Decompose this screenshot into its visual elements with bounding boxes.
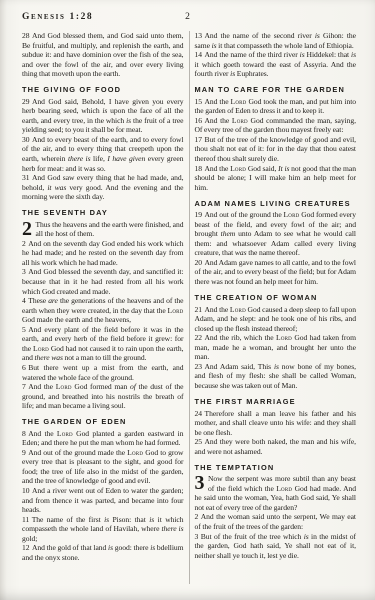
section-heading: THE TEMPTATION	[195, 463, 357, 472]
verse-number: 5	[22, 325, 26, 334]
verse-number: 30	[22, 135, 30, 144]
verse-17: 17But of the tree of the knowledge of go…	[195, 135, 357, 164]
verse-4: 4These are the generations of the heaven…	[22, 296, 184, 325]
verse-number: 23	[195, 362, 203, 371]
verse-11: 11The name of the first is Pison: that i…	[22, 515, 184, 544]
verse-number: 2	[22, 239, 26, 248]
verse-19: 19And out of the ground the Lord God for…	[195, 210, 357, 258]
verse-number: 3	[22, 267, 26, 276]
verse-number: 31	[22, 173, 30, 182]
verse-3: 3But of the fruit of the tree which is i…	[195, 532, 357, 561]
verse-number: 21	[195, 305, 203, 314]
verse-29: 29And God said, Behold, I have given you…	[22, 97, 184, 135]
running-head: Genesis 1:28 2	[0, 12, 375, 26]
verse-10: 10And a river went out of Eden to water …	[22, 486, 184, 515]
bible-page: Genesis 1:28 2 28And God blessed them, a…	[0, 0, 375, 600]
verse-2: 2And on the seventh day God ended his wo…	[22, 239, 184, 268]
verse-number: 7	[22, 382, 26, 391]
chapter-3-opening: 3Now the serpent was more subtil than an…	[195, 474, 357, 512]
column-divider-rule	[189, 31, 190, 584]
verse-number: 19	[195, 210, 203, 219]
verse-number: 18	[195, 164, 203, 173]
section-heading: MAN TO CARE FOR THE GARDEN	[195, 85, 357, 94]
chapter-2-opening: 2Thus the heavens and the earth were fin…	[22, 220, 184, 239]
verse-6: 6But there went up a mist from the earth…	[22, 363, 184, 382]
verse-number: 6	[22, 363, 26, 372]
verse-14: 14And the name of the third river is Hid…	[195, 50, 357, 79]
verse-number: 9	[22, 448, 26, 457]
verse-number: 22	[195, 333, 203, 342]
verse-31: 31And God saw every thing that he had ma…	[22, 173, 184, 202]
verse-12: 12And the gold of that land is good: the…	[22, 543, 184, 562]
verse-30: 30And to every beast of the earth, and t…	[22, 135, 184, 173]
verse-number: 13	[195, 31, 203, 40]
verse-number: 3	[195, 532, 199, 541]
verse-25: 25And they were both naked, the man and …	[195, 437, 357, 456]
chapter-number-dropcap: 2	[22, 220, 35, 238]
verse-number: 11	[22, 515, 29, 524]
right-column: 13And the name of the second river is Gi…	[195, 31, 357, 594]
page-number: 2	[0, 12, 375, 22]
verse-13: 13And the name of the second river is Gi…	[195, 31, 357, 50]
verse-7: 7And the Lord God formed man of the dust…	[22, 382, 184, 411]
verse-number: 17	[195, 135, 203, 144]
verse-21: 21And the Lord God caused a deep sleep t…	[195, 305, 357, 334]
verse-number: 14	[195, 50, 203, 59]
text-columns: 28And God blessed them, and God said unt…	[22, 31, 356, 594]
verse-number: 24	[195, 409, 203, 418]
verse-number: 20	[195, 258, 203, 267]
verse-18: 18And the Lord God said, It is not good …	[195, 164, 357, 193]
verse-number: 16	[195, 116, 203, 125]
chapter-number-dropcap: 3	[195, 474, 208, 492]
left-column: 28And God blessed them, and God said unt…	[22, 31, 184, 594]
verse-5: 5And every plant of the field before it …	[22, 325, 184, 363]
verse-20: 20And Adam gave names to all cattle, and…	[195, 258, 357, 287]
verse-23: 23And Adam said, This is now bone of my …	[195, 362, 357, 391]
section-heading: THE FIRST MARRIAGE	[195, 397, 357, 406]
verse-28: 28And God blessed them, and God said unt…	[22, 31, 184, 79]
section-heading: THE GARDEN OF EDEN	[22, 417, 184, 426]
verse-15: 15And the Lord God took the man, and put…	[195, 97, 357, 116]
verse-number: 12	[22, 543, 30, 552]
verse-24: 24Therefore shall a man leave his father…	[195, 409, 357, 438]
verse-3: 3And God blessed the seventh day, and sa…	[22, 267, 184, 296]
verse-number: 28	[22, 31, 30, 40]
section-heading: THE CREATION OF WOMAN	[195, 293, 357, 302]
verse-number: 4	[22, 296, 26, 305]
section-heading: ADAM NAMES LIVING CREATURES	[195, 199, 357, 208]
verse-number: 2	[195, 512, 199, 521]
verse-number: 25	[195, 437, 203, 446]
verse-number: 10	[22, 486, 30, 495]
verse-2: 2And the woman said unto the serpent, We…	[195, 512, 357, 531]
section-heading: THE GIVING OF FOOD	[22, 85, 184, 94]
section-heading: THE SEVENTH DAY	[22, 208, 184, 217]
verse-number: 29	[22, 97, 30, 106]
verse-8: 8And the Lord God planted a garden eastw…	[22, 429, 184, 448]
verse-16: 16And the Lord God commanded the man, sa…	[195, 116, 357, 135]
verse-9: 9And out of the ground made the Lord God…	[22, 448, 184, 486]
verse-number: 8	[22, 429, 26, 438]
verse-number: 15	[195, 97, 203, 106]
verse-22: 22And the rib, which the Lord God had ta…	[195, 333, 357, 362]
